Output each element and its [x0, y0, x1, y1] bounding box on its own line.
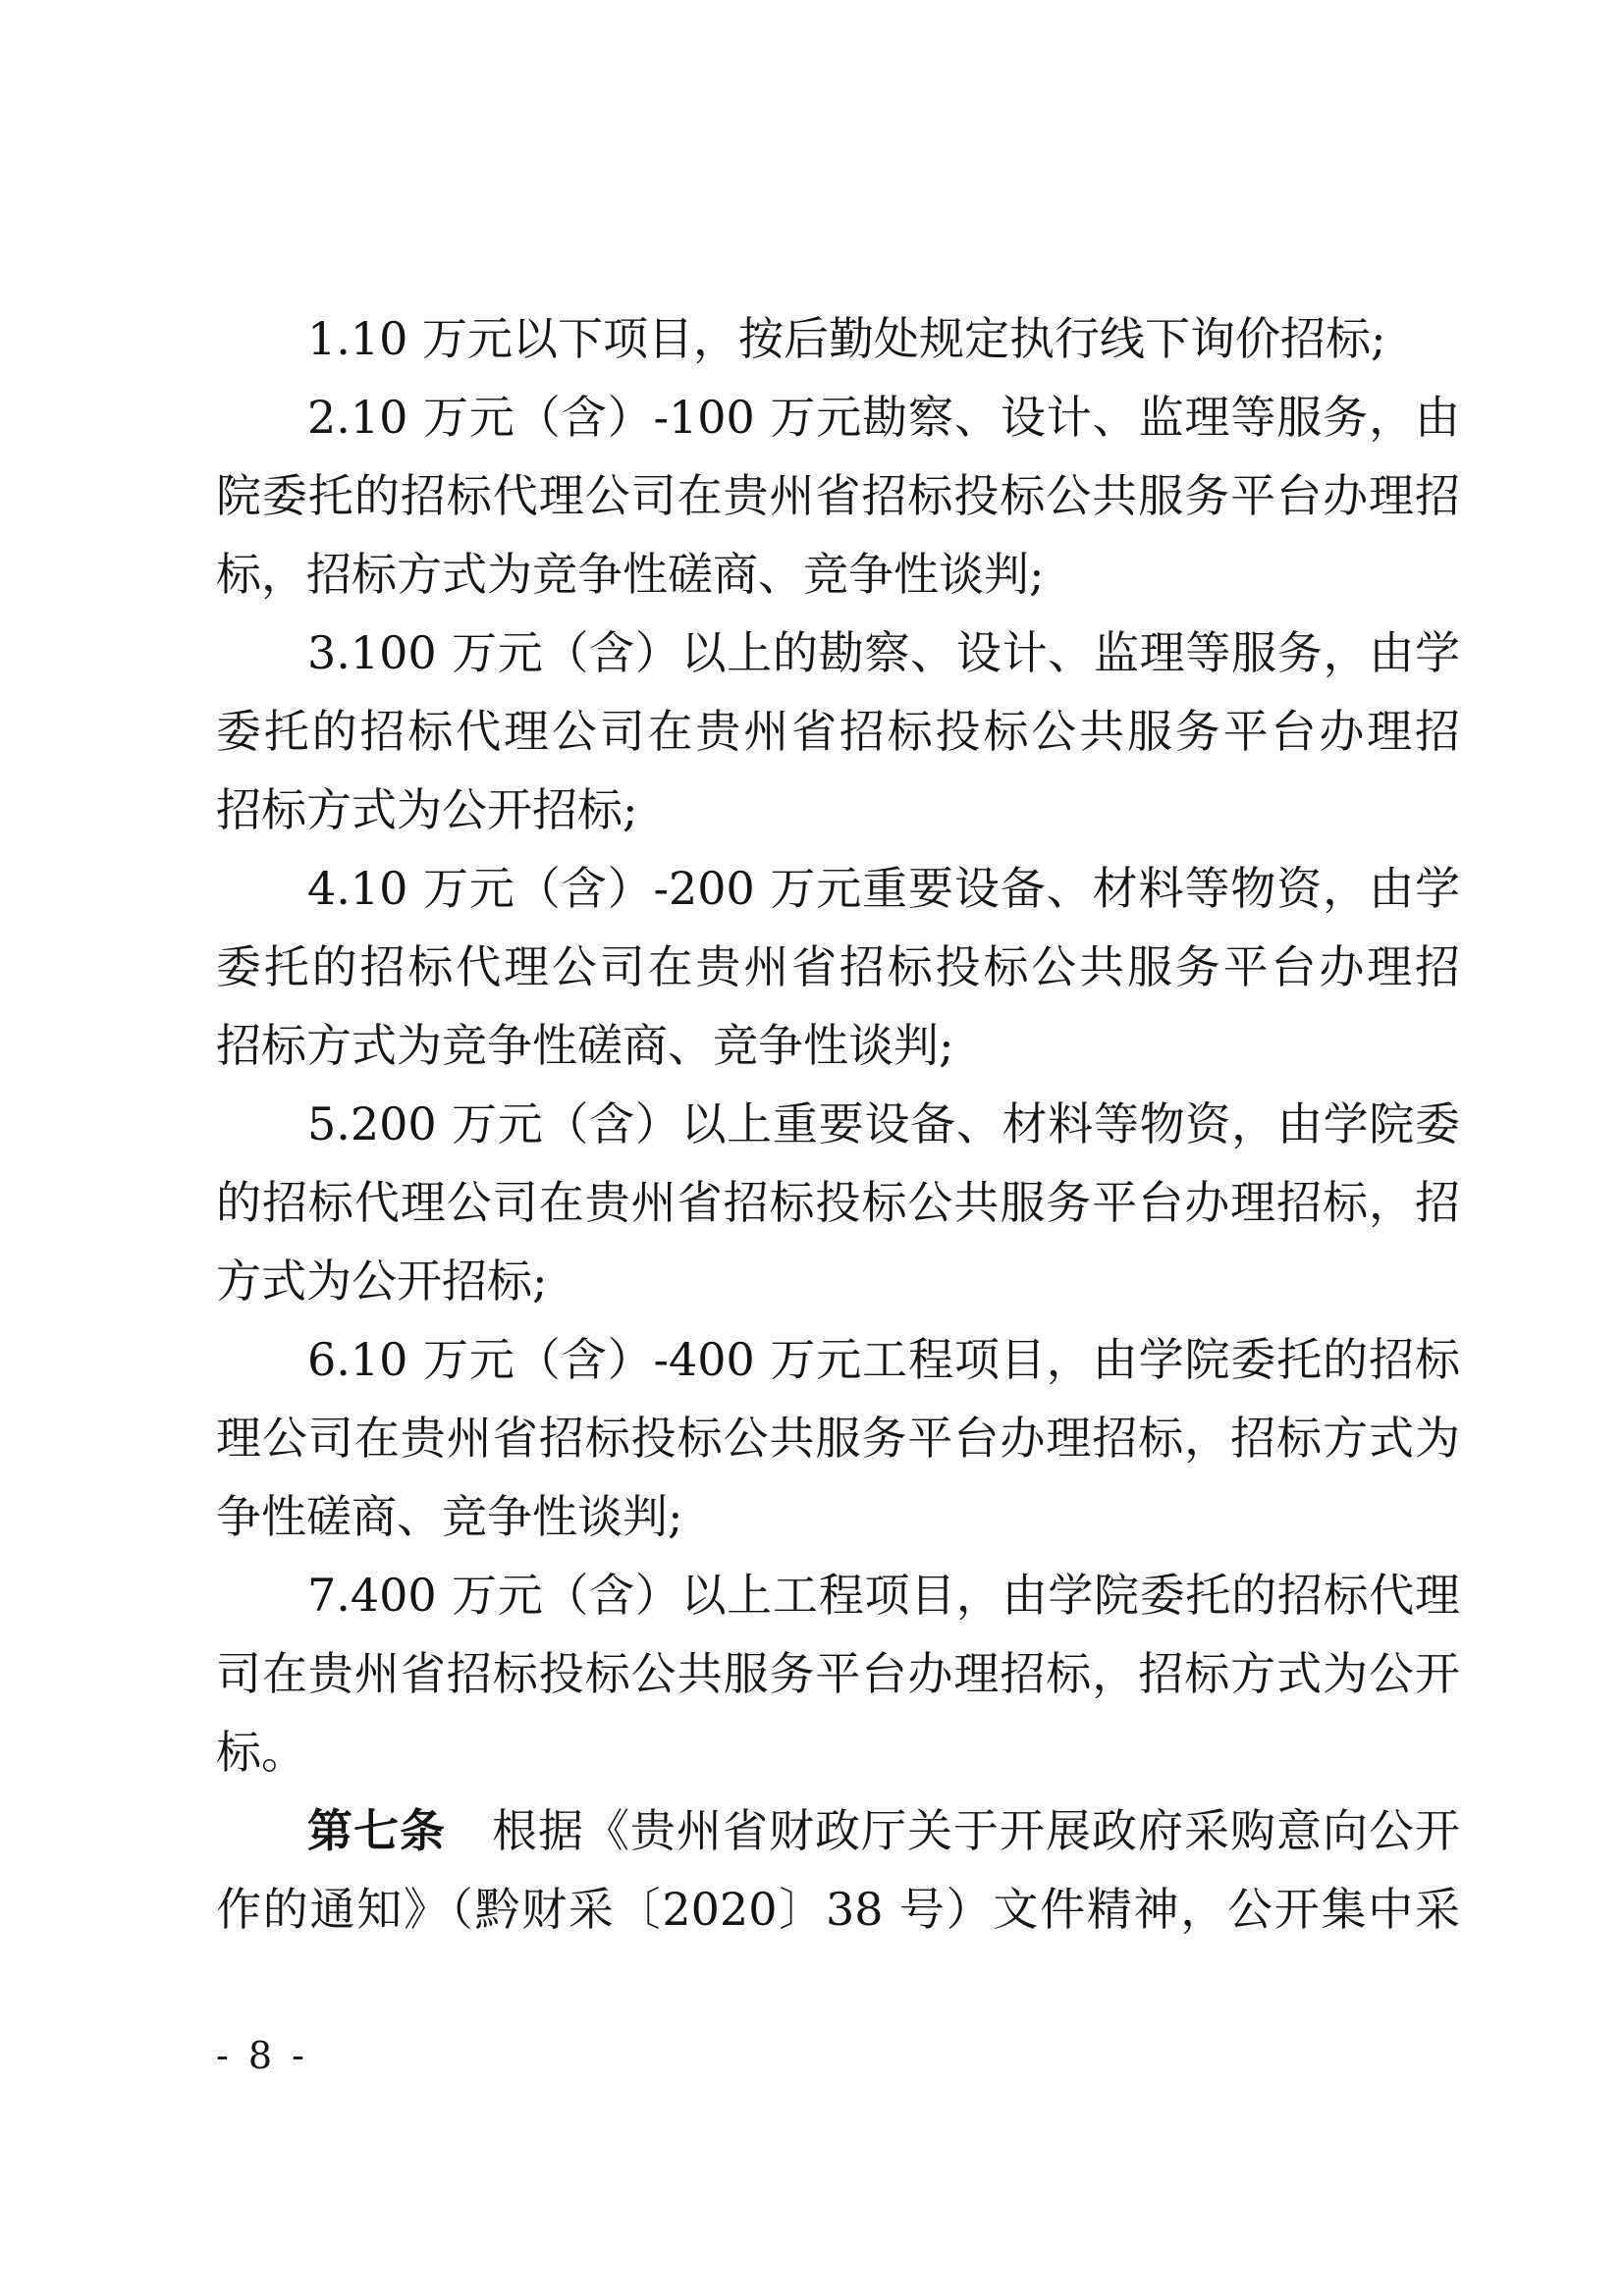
text-line: 司在贵州省招标投标公共服务平台办理招标，招标方式为公开招: [216, 1634, 1460, 1713]
text-line-item3: 3.100 万元（含）以上的勘察、设计、监理等服务，由学院: [216, 614, 1460, 692]
text-line: 院委托的招标代理公司在贵州省招标投标公共服务平台办理招: [216, 456, 1460, 535]
document-body: 1.10 万元以下项目，按后勤处规定执行线下询价招标; 2.10 万元（含）-1…: [216, 299, 1460, 1949]
article-number-label: 第七条: [307, 1804, 446, 1857]
text-line: 标。: [216, 1713, 1460, 1791]
text-line: 作的通知》（黔财采〔2020〕38 号）文件精神，公开集中采购: [216, 1870, 1460, 1949]
text-line: 招标方式为公开招标;: [216, 771, 1460, 849]
text-line: 标，招标方式为竞争性磋商、竞争性谈判;: [216, 535, 1460, 614]
text-line-article7: 第七条 根据《贵州省财政厅关于开展政府采购意向公开工: [216, 1791, 1460, 1870]
text-line-item4: 4.10 万元（含）-200 万元重要设备、材料等物资，由学院: [216, 849, 1460, 928]
text-line: 的招标代理公司在贵州省招标投标公共服务平台办理招标，招标: [216, 1163, 1460, 1242]
page-number: - 8 -: [216, 2034, 308, 2077]
text-line: 理公司在贵州省招标投标公共服务平台办理招标，招标方式为竞: [216, 1399, 1460, 1477]
text-line: 委托的招标代理公司在贵州省招标投标公共服务平台办理招标，: [216, 692, 1460, 771]
document-page: 1.10 万元以下项目，按后勤处规定执行线下询价招标; 2.10 万元（含）-1…: [0, 0, 1624, 2296]
text-line-item6: 6.10 万元（含）-400 万元工程项目，由学院委托的招标代: [216, 1320, 1460, 1399]
text-line-item5: 5.200 万元（含）以上重要设备、材料等物资，由学院委托: [216, 1085, 1460, 1163]
text-line: 争性磋商、竞争性谈判;: [216, 1477, 1460, 1556]
text-line: 委托的招标代理公司在贵州省招标投标公共服务平台办理招标，: [216, 928, 1460, 1006]
text-line-item2: 2.10 万元（含）-100 万元勘察、设计、监理等服务，由学: [216, 378, 1460, 456]
text-line: 招标方式为竞争性磋商、竞争性谈判;: [216, 1006, 1460, 1085]
text-line-item7: 7.400 万元（含）以上工程项目，由学院委托的招标代理公: [216, 1556, 1460, 1634]
text-line: 方式为公开招标;: [216, 1242, 1460, 1320]
text-line-item1: 1.10 万元以下项目，按后勤处规定执行线下询价招标;: [216, 299, 1460, 378]
